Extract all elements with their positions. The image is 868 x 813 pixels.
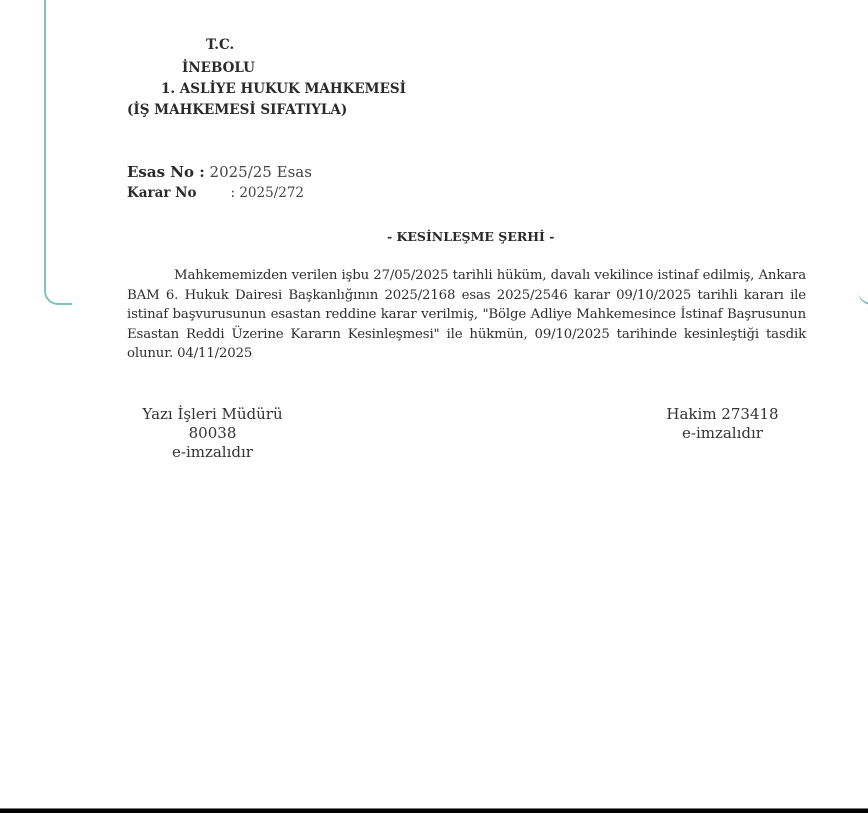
- signature-clerk-status: e-imzalıdır: [130, 443, 295, 462]
- esas-number: Esas No : 2025/25 Esas: [127, 163, 312, 181]
- header-court-role: (İŞ MAHKEMESİ SIFATIYLA): [127, 102, 347, 118]
- karar-value: : 2025/272: [231, 185, 305, 201]
- bottom-bar: [0, 808, 868, 813]
- signature-judge-status: e-imzalıdır: [655, 424, 790, 443]
- header-country: T.C.: [206, 37, 234, 53]
- karar-label: Karar No: [127, 185, 197, 201]
- document-body: Mahkememizden verilen işbu 27/05/2025 ta…: [127, 266, 806, 364]
- decorative-frame-left: [44, 0, 72, 305]
- signature-judge-title: Hakim 273418: [655, 405, 790, 424]
- header-court: 1. ASLİYE HUKUK MAHKEMESİ: [161, 81, 406, 97]
- document-title: - KESİNLEŞME ŞERHİ -: [387, 229, 554, 244]
- signature-clerk: Yazı İşleri Müdürü 80038 e-imzalıdır: [130, 405, 295, 462]
- decorative-frame-right: [858, 290, 868, 305]
- signature-clerk-title: Yazı İşleri Müdürü: [130, 405, 295, 424]
- signature-judge: Hakim 273418 e-imzalıdır: [655, 405, 790, 443]
- karar-number: Karar No: 2025/272: [127, 185, 304, 201]
- esas-label: Esas No :: [127, 163, 205, 181]
- header-city: İNEBOLU: [182, 60, 255, 76]
- esas-value: 2025/25 Esas: [210, 163, 312, 181]
- signature-clerk-id: 80038: [130, 424, 295, 443]
